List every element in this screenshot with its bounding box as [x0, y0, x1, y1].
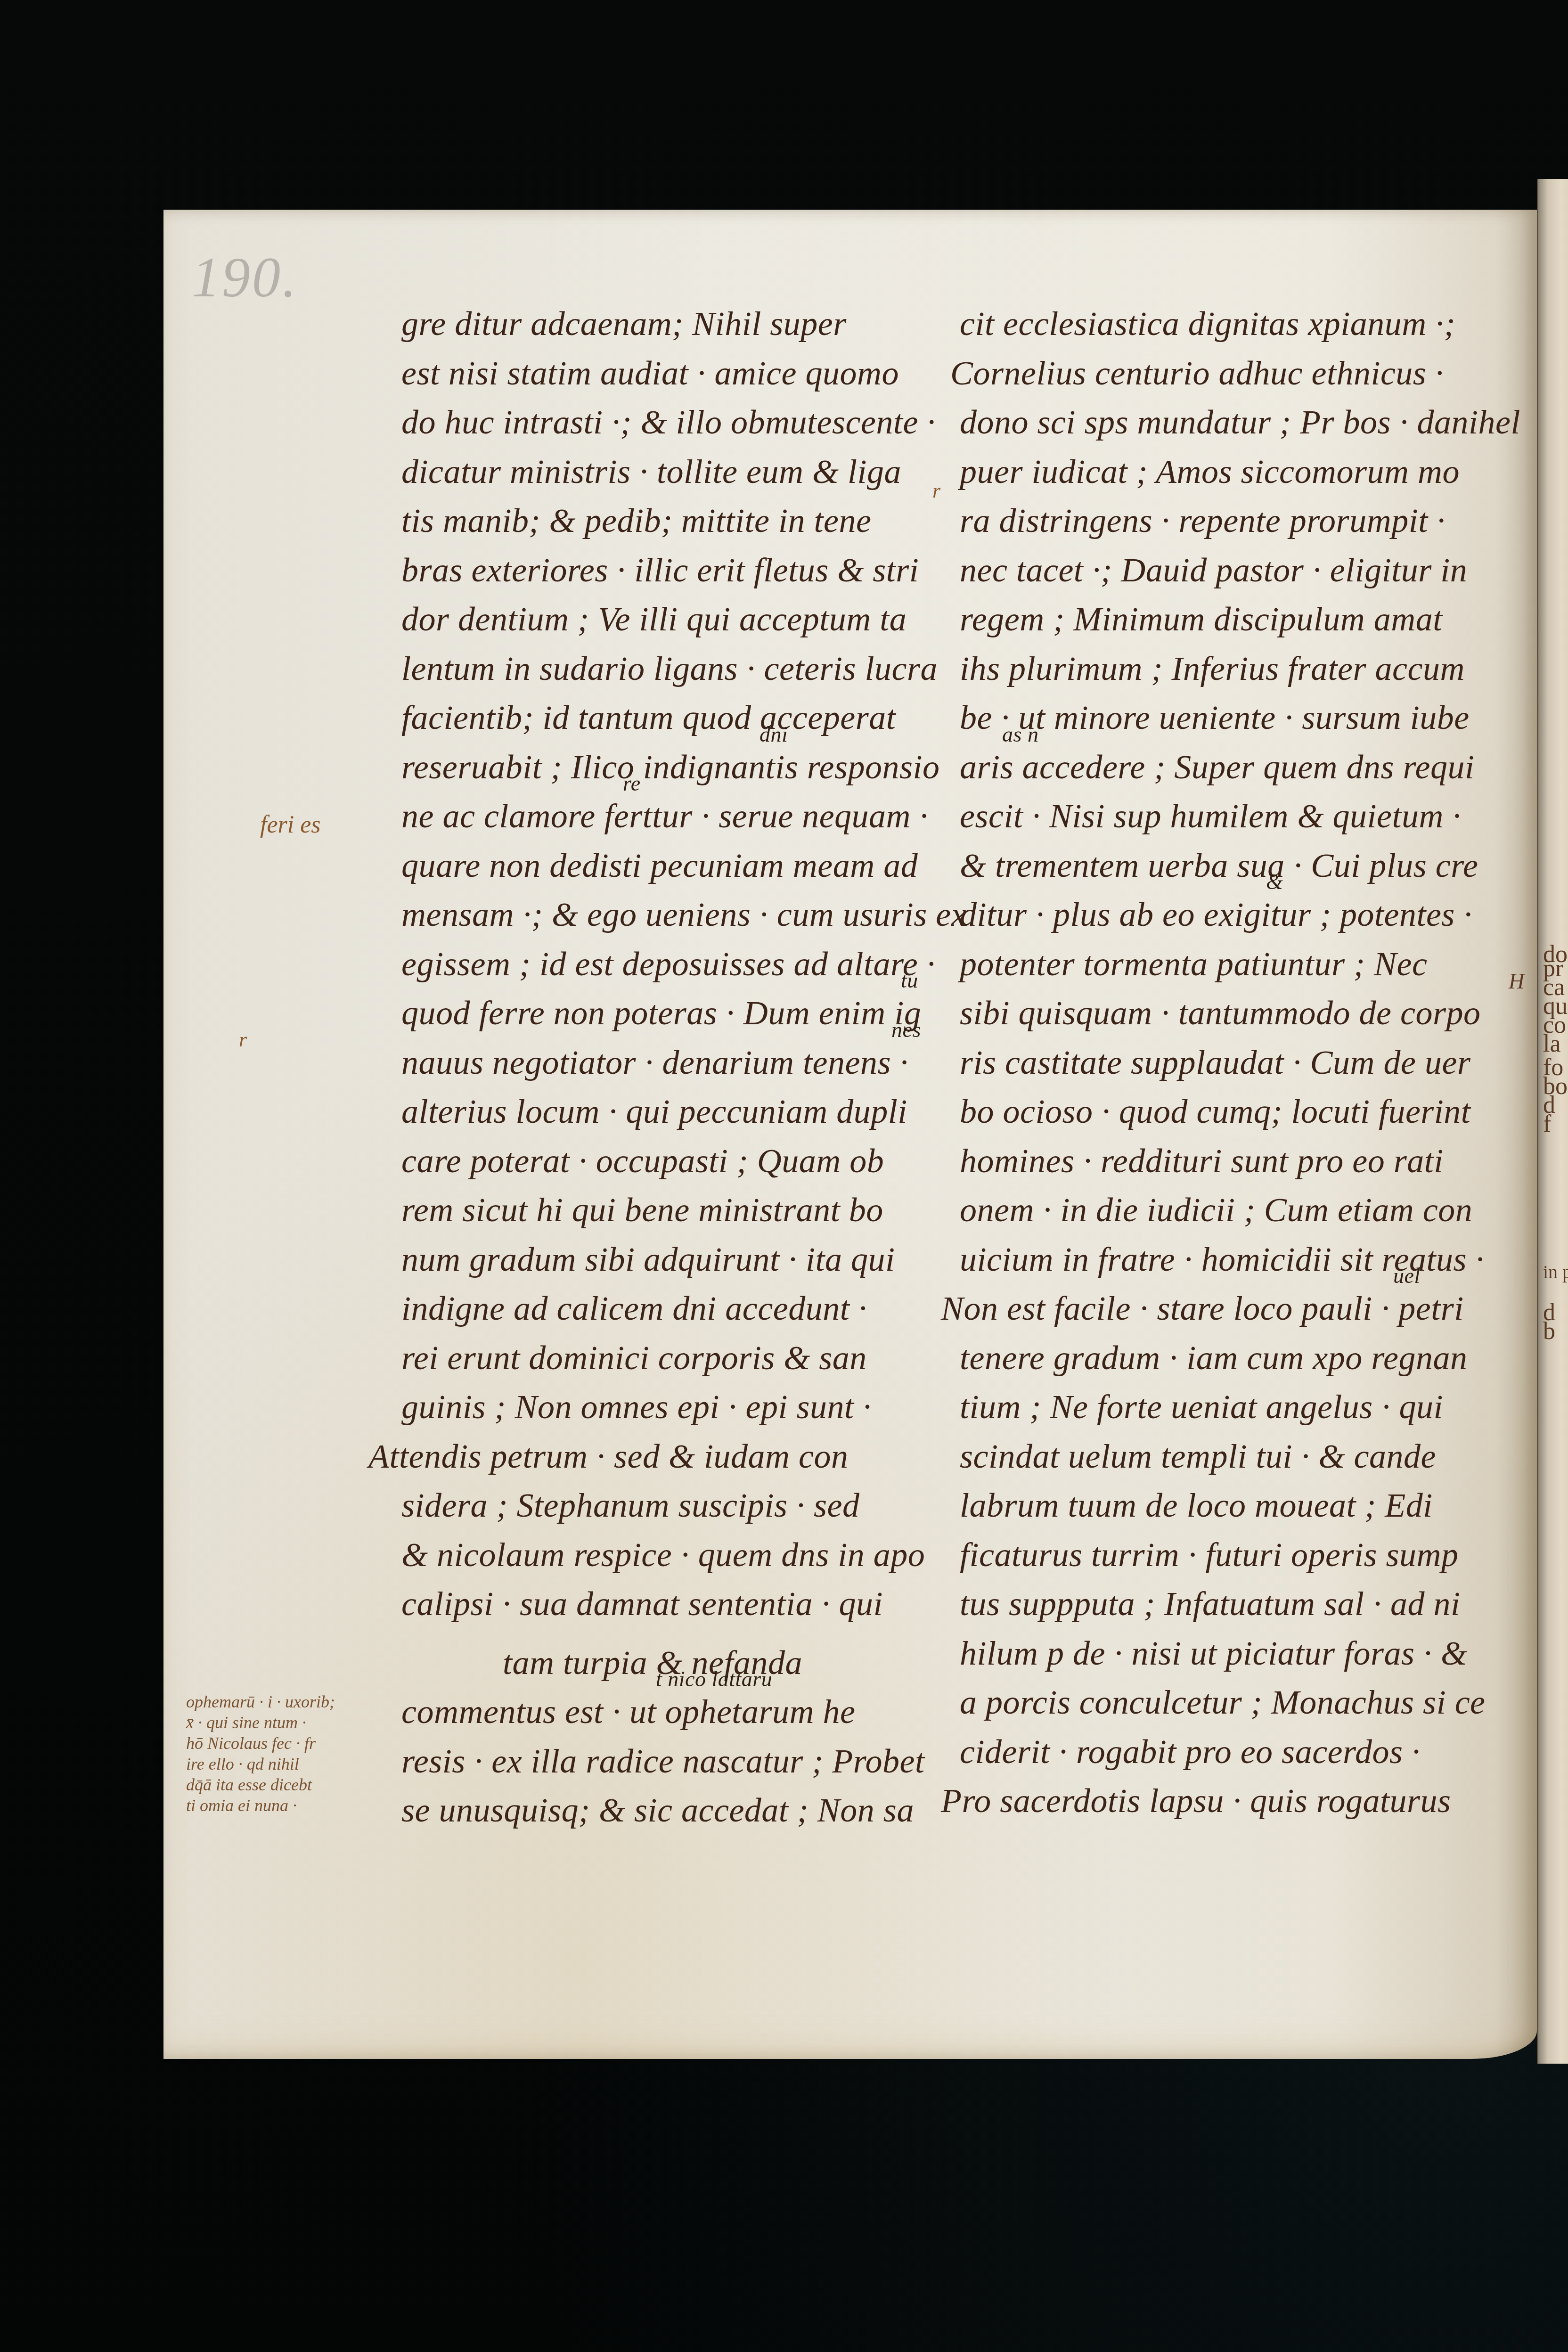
text-line: hilum p de · nisi ut piciatur foras · & — [960, 1629, 1530, 1678]
text-line: tus suppputa ; Infatuatum sal · ad ni — [960, 1579, 1530, 1629]
text-line: a porcis conculcetur ; Monachus si ce — [960, 1678, 1530, 1727]
text-line: & nicolaum respice · quem dns in apo — [401, 1530, 972, 1580]
text-line: nes nauus negotiator · denarium tenens · — [401, 1038, 972, 1087]
interlinear-gloss: re — [623, 773, 641, 794]
text-line: regem ; Minimum discipulum amat — [960, 595, 1530, 644]
text-line: gre ditur adcaenam; Nihil super — [401, 299, 972, 349]
text-line: onem · in die iudicii ; Cum etiam con — [960, 1185, 1530, 1235]
text-line: ris castitate supplaudat · Cum de uer — [960, 1038, 1530, 1087]
facing-fragment: in p — [1543, 1263, 1568, 1282]
text-line: quare non dedisti pecuniam meam ad — [401, 841, 972, 890]
text-line: & trementem uerba sua · Cui plus cre — [960, 841, 1530, 890]
text-line: dor dentium ; Ve illi qui acceptum ta — [401, 595, 972, 644]
text-line: Attendis petrum · sed & iudam con — [368, 1432, 972, 1481]
interlinear-gloss: tu — [901, 970, 918, 991]
text-line: uel Non est facile · stare loco pauli · … — [941, 1284, 1530, 1333]
facing-fragment: la — [1543, 1032, 1561, 1056]
right-text-column: cit ecclesiastica dignitas xpianum ·; Co… — [960, 299, 1530, 1826]
margin-line: x̄ · qui sine ntum · — [186, 1712, 403, 1733]
text-line: rem sicut hi qui bene ministrant bo — [401, 1185, 972, 1235]
text-line: est nisi statim audiat · amice quomo — [401, 349, 972, 398]
text-line: dicatur ministris · tollite eum & liga — [401, 447, 972, 497]
text-line: scindat uelum templi tui · & cande — [960, 1432, 1530, 1481]
text-line: uicium in fratre · homicidii sit reatus … — [960, 1235, 1530, 1284]
margin-line: ti omia ei nuna · — [186, 1795, 403, 1816]
text-line: Pro sacerdotis lapsu · quis rogaturus — [941, 1776, 1530, 1826]
text-line: resis · ex illa radice nascatur ; Probet — [401, 1737, 972, 1786]
text-line: as n aris accedere ; Super quem dns requ… — [960, 743, 1530, 792]
text-line: ficaturus turrim · futuri operis sump — [960, 1530, 1530, 1580]
text-line: mensam ·; & ego ueniens · cum usuris ex — [401, 890, 972, 939]
margin-line: dq̄ā ita esse dicebt — [186, 1774, 403, 1795]
interlinear-gloss: dni — [759, 724, 788, 745]
text-line: care poterat · occupasti ; Quam ob — [401, 1136, 972, 1186]
text-line: be · ut minore ueniente · sursum iube — [960, 693, 1530, 743]
text-line: cit ecclesiastica dignitas xpianum ·; — [960, 299, 1530, 349]
text-line: bo ocioso · quod cumq; locuti fuerint — [960, 1087, 1530, 1136]
text-line: potenter tormenta patiuntur ; Nec — [960, 939, 1530, 989]
text-line: sibi quisquam · tantummodo de corpo — [960, 988, 1530, 1038]
text-line: dono sci sps mundatur ; Pr bos · danihel — [960, 398, 1530, 447]
text-line: tu quod ferre non poteras · Dum enim ig — [401, 988, 972, 1038]
text-line: t nico lattaru commentus est · ut opheta… — [401, 1687, 972, 1737]
text-line: Cornelius centurio adhuc ethnicus · — [950, 349, 1530, 398]
text-line: tenere gradum · iam cum xpo regnan — [960, 1333, 1530, 1383]
facing-fragment: f — [1543, 1112, 1551, 1136]
text-line: alterius locum · qui peccuniam dupli — [401, 1087, 972, 1136]
text-line: do huc intrasti ·; & illo obmutescente · — [401, 398, 972, 447]
text-line: rei erunt dominici corporis & san — [401, 1333, 972, 1383]
text-line: re ne ac clamore ferttur · serue nequam … — [401, 792, 972, 841]
text-line: sidera ; Stephanum suscipis · sed — [401, 1481, 972, 1530]
text-line: egissem ; id est deposuisses ad altare · — [401, 939, 972, 989]
text-line: tis manib; & pedib; mittite in tene — [401, 496, 972, 546]
text-line: num gradum sibi adquirunt · ita qui — [401, 1235, 972, 1284]
text-line: se unusquisq; & sic accedat ; Non sa — [401, 1786, 972, 1835]
text-line: tium ; Ne forte ueniat angelus · qui — [960, 1382, 1530, 1432]
interlinear-gloss: t nico lattaru — [656, 1668, 772, 1690]
margin-note: H — [1509, 971, 1524, 992]
margin-line: opheтarū · i · uxorib; — [186, 1691, 403, 1712]
facing-fragment: b — [1543, 1319, 1555, 1344]
interlinear-gloss: uel — [1393, 1265, 1421, 1287]
text-line: labrum tuum de loco moueat ; Edi — [960, 1481, 1530, 1530]
text-line: & ditur · plus ab eo exigitur ; potentes… — [960, 890, 1530, 939]
text-line: indigne ad calicem dni accedunt · — [401, 1284, 972, 1333]
text-line: ra distringens · repente prorumpit · — [960, 496, 1530, 546]
folio-number: 190. — [192, 245, 298, 310]
text-line: dni reseruabit ; Ilico indignantis respo… — [401, 743, 972, 792]
text-line: homines · reddituri sunt pro eo rati — [960, 1136, 1530, 1186]
facing-page-edge: do p̄r ca qu co la fo bo d f in p d b — [1537, 179, 1568, 2064]
text-line: puer iudicat ; Amos siccomorum mo — [960, 447, 1530, 497]
marginal-annotation-block: opheтarū · i · uxorib; x̄ · qui sine ntu… — [186, 1691, 403, 1816]
text-line: guinis ; Non omnes epi · epi sunt · — [401, 1382, 972, 1432]
margin-note: r — [932, 481, 940, 501]
text-line: ciderit · rogabit pro eo sacerdos · — [960, 1727, 1530, 1777]
margin-note: feri es — [260, 813, 321, 837]
margin-note: r — [239, 1029, 247, 1050]
interlinear-gloss: as n — [1002, 724, 1038, 745]
manuscript-page: 190. gre ditur adcaenam; Nihil super est… — [163, 210, 1537, 2059]
text-line: escit · Nisi sup humilem & quietum · — [960, 792, 1530, 841]
margin-line: ire ello · qd nihil — [186, 1754, 403, 1774]
text-line: bras exteriores · illic erit fletus & st… — [401, 546, 972, 595]
left-text-column: gre ditur adcaenam; Nihil super est nisi… — [401, 299, 972, 1835]
text-line: facientib; id tantum quod acceperat — [401, 693, 972, 743]
margin-line: hō Nicolaus fec · fr — [186, 1733, 403, 1754]
text-line: ihs plurimum ; Inferius frater accum — [960, 644, 1530, 694]
text-line: calipsi · sua damnat sententia · qui — [401, 1579, 972, 1629]
text-line: nec tacet ·; Dauid pastor · eligitur in — [960, 546, 1530, 595]
interlinear-gloss: nes — [891, 1019, 921, 1041]
interlinear-gloss: & — [1266, 871, 1283, 893]
text-line: lentum in sudario ligans · ceteris lucra — [401, 644, 972, 694]
